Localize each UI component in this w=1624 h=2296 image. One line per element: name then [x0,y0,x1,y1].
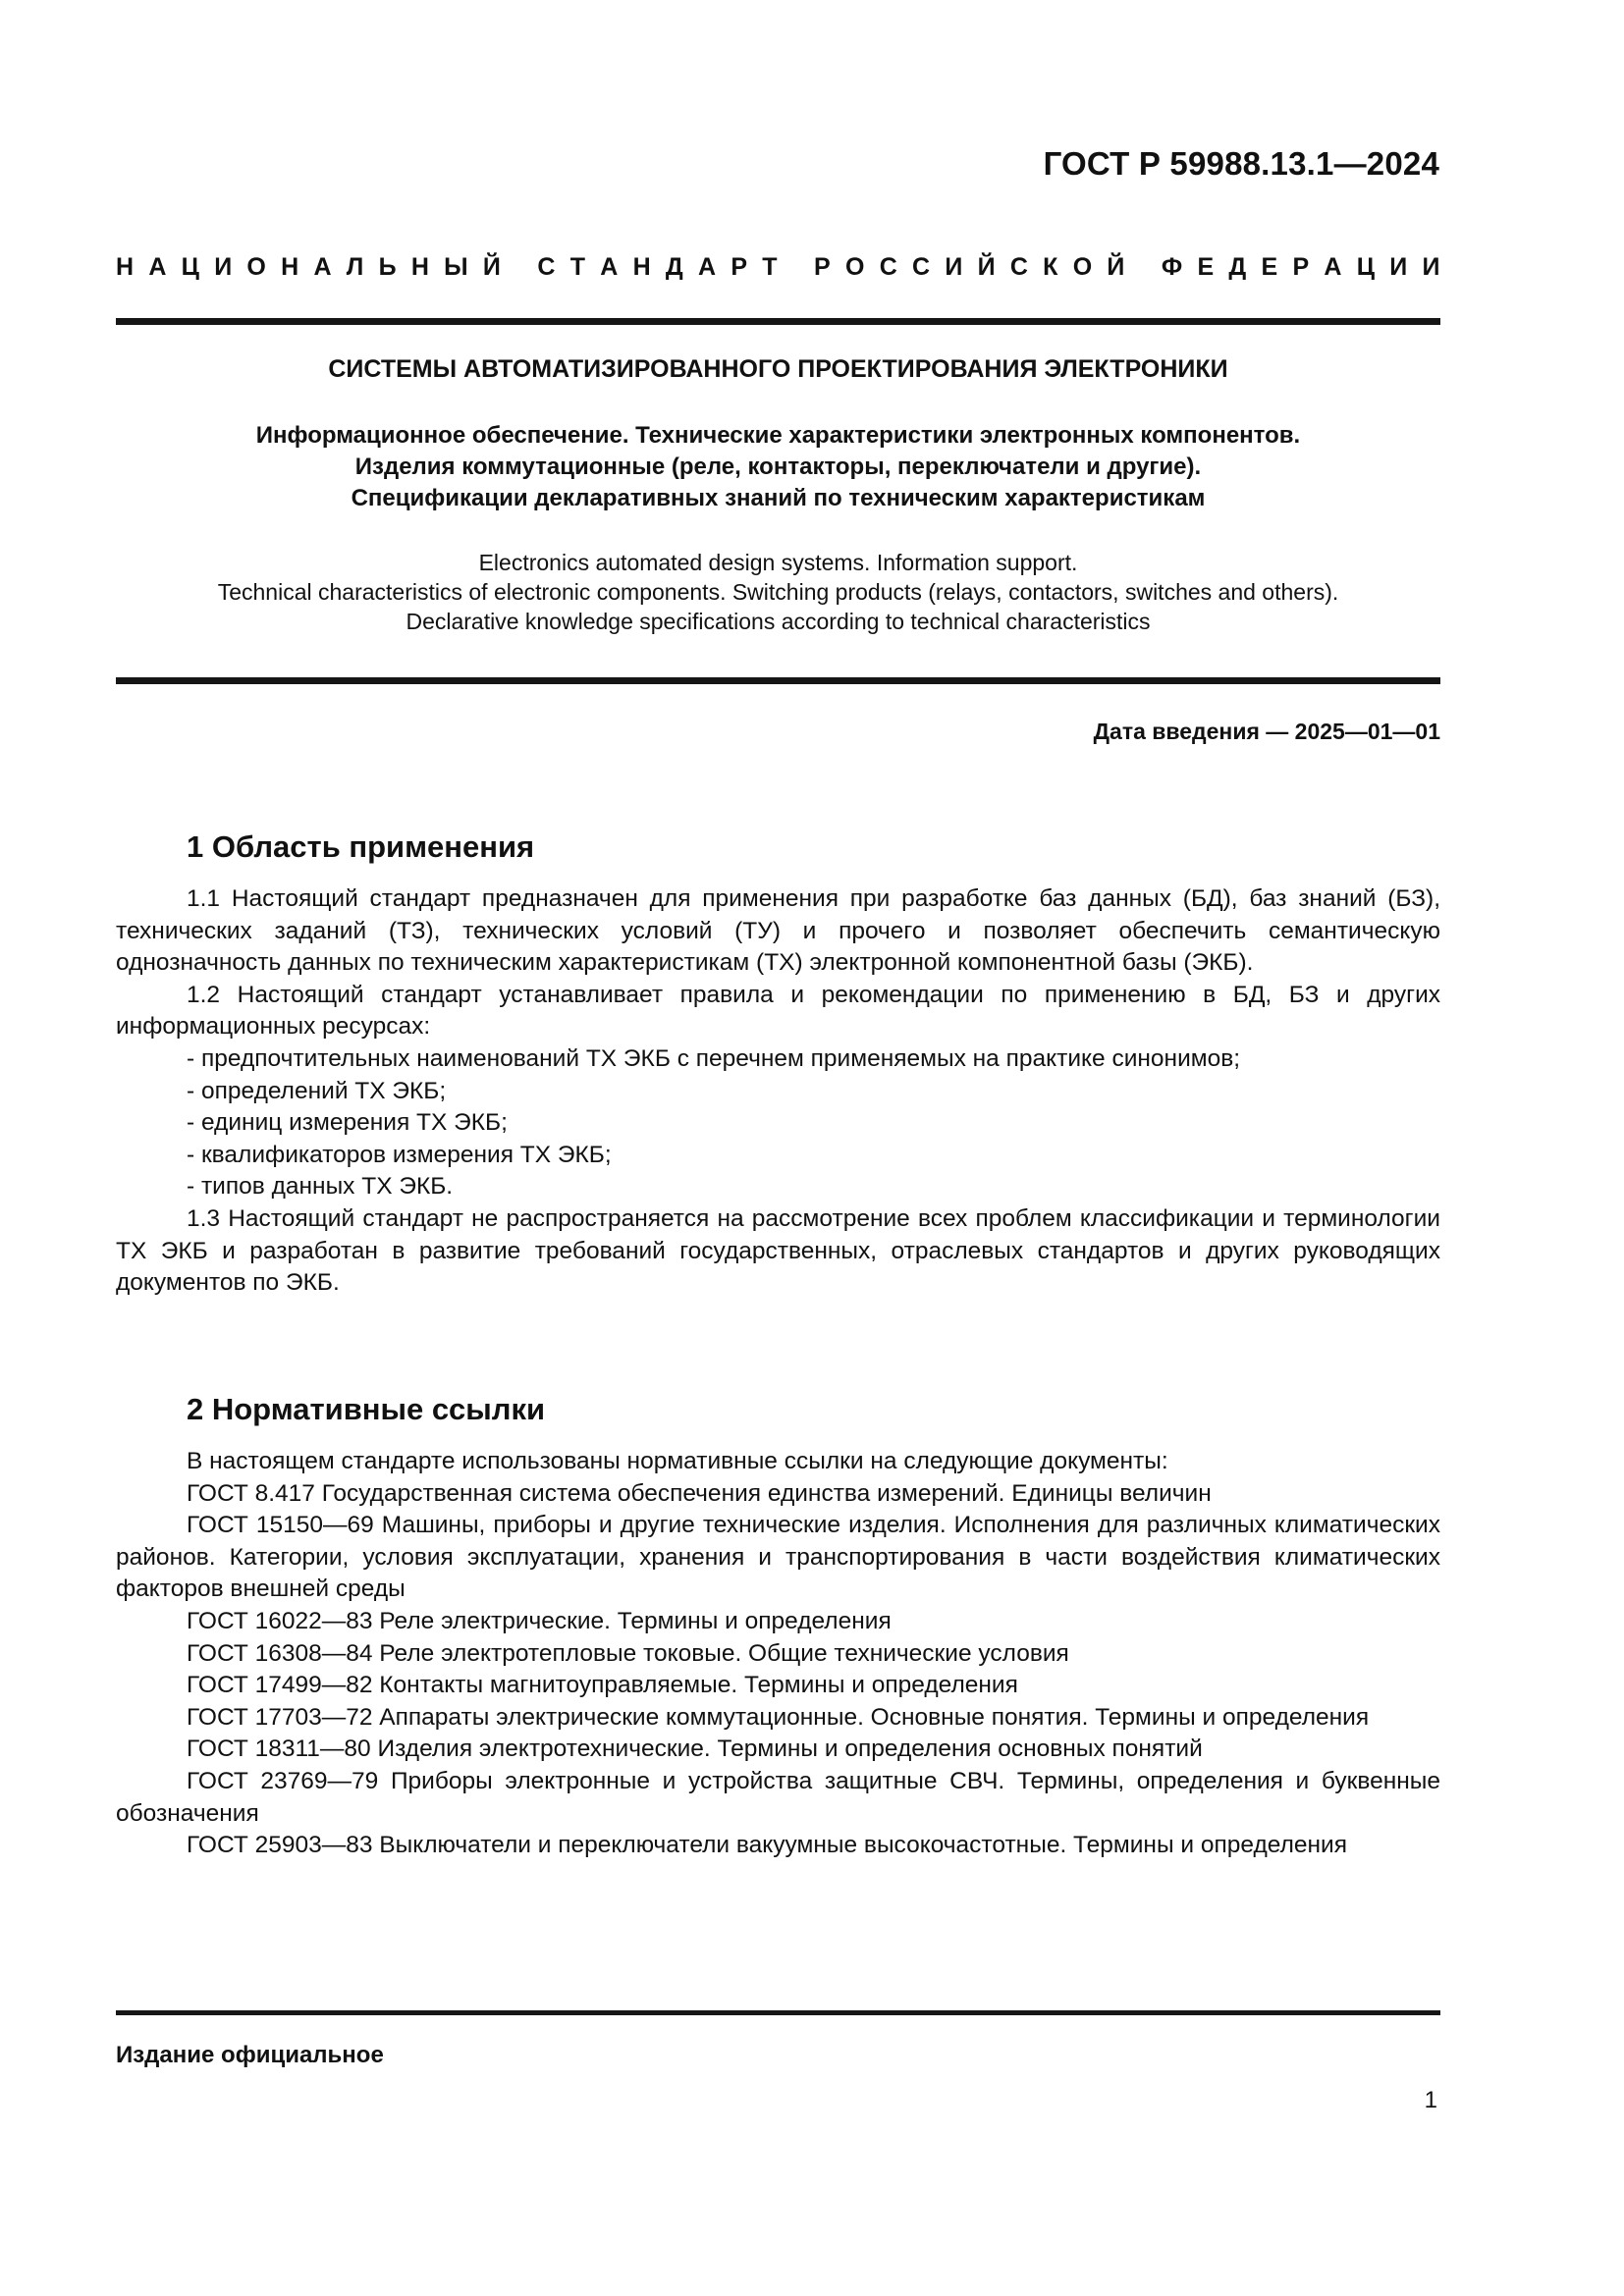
banner-letter: Ы [444,253,467,282]
banner-letter: Й [483,253,501,282]
list-item: - квалификаторов измерения ТХ ЭКБ; [116,1140,1440,1172]
banner-letter: А [148,253,166,282]
subtitle-line: Изделия коммутационные (реле, контакторы… [116,452,1440,483]
banner-letter: А [313,253,331,282]
english-title-line: Declarative knowledge specifications acc… [116,607,1440,636]
reference-item: ГОСТ 15150—69 Машины, приборы и другие т… [116,1510,1440,1606]
references-intro: В настоящем стандарте использованы норма… [116,1446,1440,1478]
national-standard-banner: НАЦИОНАЛЬНЫЙ СТАНДАРТ РОССИЙСКОЙ ФЕДЕРАЦ… [116,253,1440,282]
section-1-heading: 1 Область применения [187,829,534,865]
banner-letter: Н [633,253,651,282]
page-number: 1 [1425,2087,1437,2114]
banner-letter: Р [1292,253,1309,282]
banner-letter: Ц [1357,253,1375,282]
footer-divider [116,2010,1440,2015]
list-item: - единиц измерения ТХ ЭКБ; [116,1107,1440,1140]
banner-letter: Ц [182,253,199,282]
banner-letter: Й [978,253,996,282]
banner-letter: О [246,253,265,282]
section-2-heading: 2 Нормативные ссылки [187,1392,545,1427]
banner-letter: С [537,253,555,282]
banner-letter: Ф [1162,253,1182,282]
reference-item: ГОСТ 25903—83 Выключатели и переключател… [116,1830,1440,1862]
banner-letter [515,253,522,282]
reference-item: ГОСТ 16308—84 Реле электротепловые токов… [116,1638,1440,1671]
banner-letter: Т [762,253,777,282]
banner-letter: Н [411,253,429,282]
banner-letter: С [880,253,897,282]
banner-letter: И [1423,253,1440,282]
banner-letter: Й [1107,253,1124,282]
banner-letter: Т [570,253,585,282]
banner-letter: Н [116,253,134,282]
reference-item: ГОСТ 16022—83 Реле электрические. Термин… [116,1606,1440,1638]
banner-letter: Е [1262,253,1278,282]
paragraph-1-1: 1.1 Настоящий стандарт предназначен для … [116,883,1440,980]
title-bottom-divider [116,677,1440,684]
banner-letter: И [1389,253,1407,282]
banner-letter [792,253,799,282]
reference-item: ГОСТ 8.417 Государственная система обесп… [116,1478,1440,1511]
banner-letter: К [1043,253,1057,282]
banner-letter: Е [1197,253,1214,282]
standard-designation: ГОСТ Р 59988.13.1—2024 [1044,145,1439,183]
subtitle-line: Информационное обеспечение. Технические … [116,420,1440,452]
reference-item: ГОСТ 18311—80 Изделия электротехнические… [116,1734,1440,1766]
paragraph-1-3: 1.3 Настоящий стандарт не распространяет… [116,1203,1440,1300]
document-subtitle: Информационное обеспечение. Технические … [116,420,1440,514]
banner-letter: И [945,253,962,282]
banner-letter: Ь [379,253,397,282]
banner-letter: Д [666,253,683,282]
list-item: - типов данных ТХ ЭКБ. [116,1171,1440,1203]
list-item: - определений ТХ ЭКБ; [116,1076,1440,1108]
banner-letter: О [845,253,864,282]
introduction-date: Дата введения — 2025—01—01 [1094,719,1440,745]
english-title: Electronics automated design systems. In… [116,548,1440,636]
reference-item: ГОСТ 17703—72 Аппараты электрические ком… [116,1702,1440,1735]
banner-letter: А [600,253,618,282]
paragraph-1-2: 1.2 Настоящий стандарт устанавливает пра… [116,980,1440,1043]
banner-letter [1140,253,1147,282]
section-1-body: 1.1 Настоящий стандарт предназначен для … [116,883,1440,1300]
banner-letter: О [1073,253,1092,282]
banner-letter: Л [347,253,364,282]
banner-letter: Р [731,253,747,282]
banner-letter: А [698,253,716,282]
english-title-line: Electronics automated design systems. In… [116,548,1440,577]
banner-letter: С [1010,253,1028,282]
section-2-body: В настоящем стандарте использованы норма… [116,1446,1440,1862]
banner-letter: А [1324,253,1341,282]
document-title: СИСТЕМЫ АВТОМАТИЗИРОВАННОГО ПРОЕКТИРОВАН… [116,355,1440,384]
list-item: - предпочтительных наименований ТХ ЭКБ с… [116,1043,1440,1076]
top-divider [116,318,1440,325]
banner-letter: Р [814,253,831,282]
banner-letter: С [912,253,930,282]
official-edition-label: Издание официальное [116,2042,384,2069]
banner-letter: Д [1228,253,1246,282]
banner-letter: И [214,253,232,282]
banner-letter: Н [281,253,298,282]
reference-item: ГОСТ 17499—82 Контакты магнитоуправляемы… [116,1670,1440,1702]
english-title-line: Technical characteristics of electronic … [116,577,1440,607]
subtitle-line: Спецификации декларативных знаний по тех… [116,483,1440,514]
reference-item: ГОСТ 23769—79 Приборы электронные и устр… [116,1766,1440,1830]
